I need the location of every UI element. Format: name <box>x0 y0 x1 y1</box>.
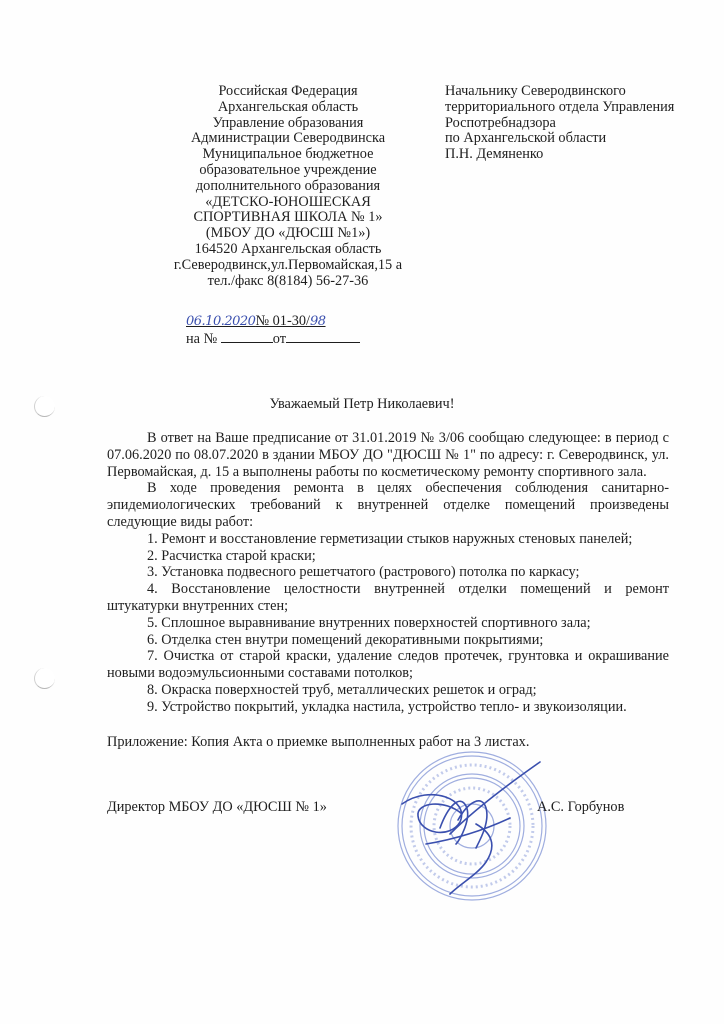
addressee-line: П.Н. Демяненко <box>445 147 705 163</box>
body-paragraph: В ответ на Ваше предписание от 31.01.201… <box>107 430 669 480</box>
sender-line: 164520 Архангельская область <box>150 242 426 258</box>
addressee-line: по Архангельской области <box>445 131 705 147</box>
sender-line: СПОРТИВНАЯ ШКОЛА № 1» <box>150 210 426 226</box>
work-item: 2. Расчистка старой краски; <box>107 548 669 565</box>
sender-line: г.Северодвинск,ул.Первомайская,15 а <box>150 258 426 274</box>
work-item: 6. Отделка стен внутри помещений декорат… <box>107 632 669 649</box>
addressee-line: Роспотребнадзора <box>445 116 705 132</box>
official-stamp-icon <box>390 744 560 904</box>
addressee-line: территориального отдела Управления <box>445 100 705 116</box>
work-item: 1. Ремонт и восстановление герметизации … <box>107 531 669 548</box>
work-item: 5. Сплошное выравнивание внутренних пове… <box>107 615 669 632</box>
sender-line: Администрации Северодвинска <box>150 131 426 147</box>
work-item: 4. Восстановление целостности внутренней… <box>107 581 669 615</box>
signatory-position: Директор МБОУ ДО «ДЮСШ № 1» <box>107 799 327 816</box>
sender-letterhead: Российская Федерация Архангельская облас… <box>150 84 426 289</box>
sender-line: дополнительного образования <box>150 179 426 195</box>
sender-line: (МБОУ ДО «ДЮСШ №1») <box>150 226 426 242</box>
handwritten-date: 06.10.2020 <box>186 314 255 329</box>
work-item: 3. Установка подвесного решетчатого (рас… <box>107 564 669 581</box>
handwritten-number: 98 <box>310 314 326 329</box>
work-item: 7. Очистка от старой краски, удаление сл… <box>107 648 669 682</box>
reply-number-label: на № <box>186 331 217 347</box>
sender-line: «ДЕТСКО-ЮНОШЕСКАЯ <box>150 195 426 211</box>
letter-page: Российская Федерация Архангельская облас… <box>0 0 724 1024</box>
work-item: 9. Устройство покрытий, укладка настила,… <box>107 699 669 716</box>
sender-line: Архангельская область <box>150 100 426 116</box>
outgoing-number-prefix: № 01-30/ <box>255 313 310 329</box>
hole-punch-mark <box>34 668 55 689</box>
addressee-block: Начальнику Северодвинского территориальн… <box>445 84 705 163</box>
letter-body: В ответ на Ваше предписание от 31.01.201… <box>107 430 669 716</box>
body-paragraph: В ходе проведения ремонта в целях обеспе… <box>107 480 669 530</box>
sender-line: Управление образования <box>150 116 426 132</box>
signatory-name: А.С. Горбунов <box>537 799 624 816</box>
reply-number-blank <box>221 330 273 343</box>
reply-date-blank <box>286 330 360 343</box>
work-item: 8. Окраска поверхностей труб, металличес… <box>107 682 669 699</box>
outgoing-number-block: 06.10.2020№ 01-30/98 на № от <box>186 313 360 347</box>
addressee-line: Начальнику Северодвинского <box>445 84 705 100</box>
sender-line: тел./факс 8(8184) 56-27-36 <box>150 274 426 290</box>
reply-date-label: от <box>273 331 286 347</box>
sender-line: Муниципальное бюджетное <box>150 147 426 163</box>
greeting: Уважаемый Петр Николаевич! <box>0 396 724 413</box>
sender-line: Российская Федерация <box>150 84 426 100</box>
sender-line: образовательное учреждение <box>150 163 426 179</box>
